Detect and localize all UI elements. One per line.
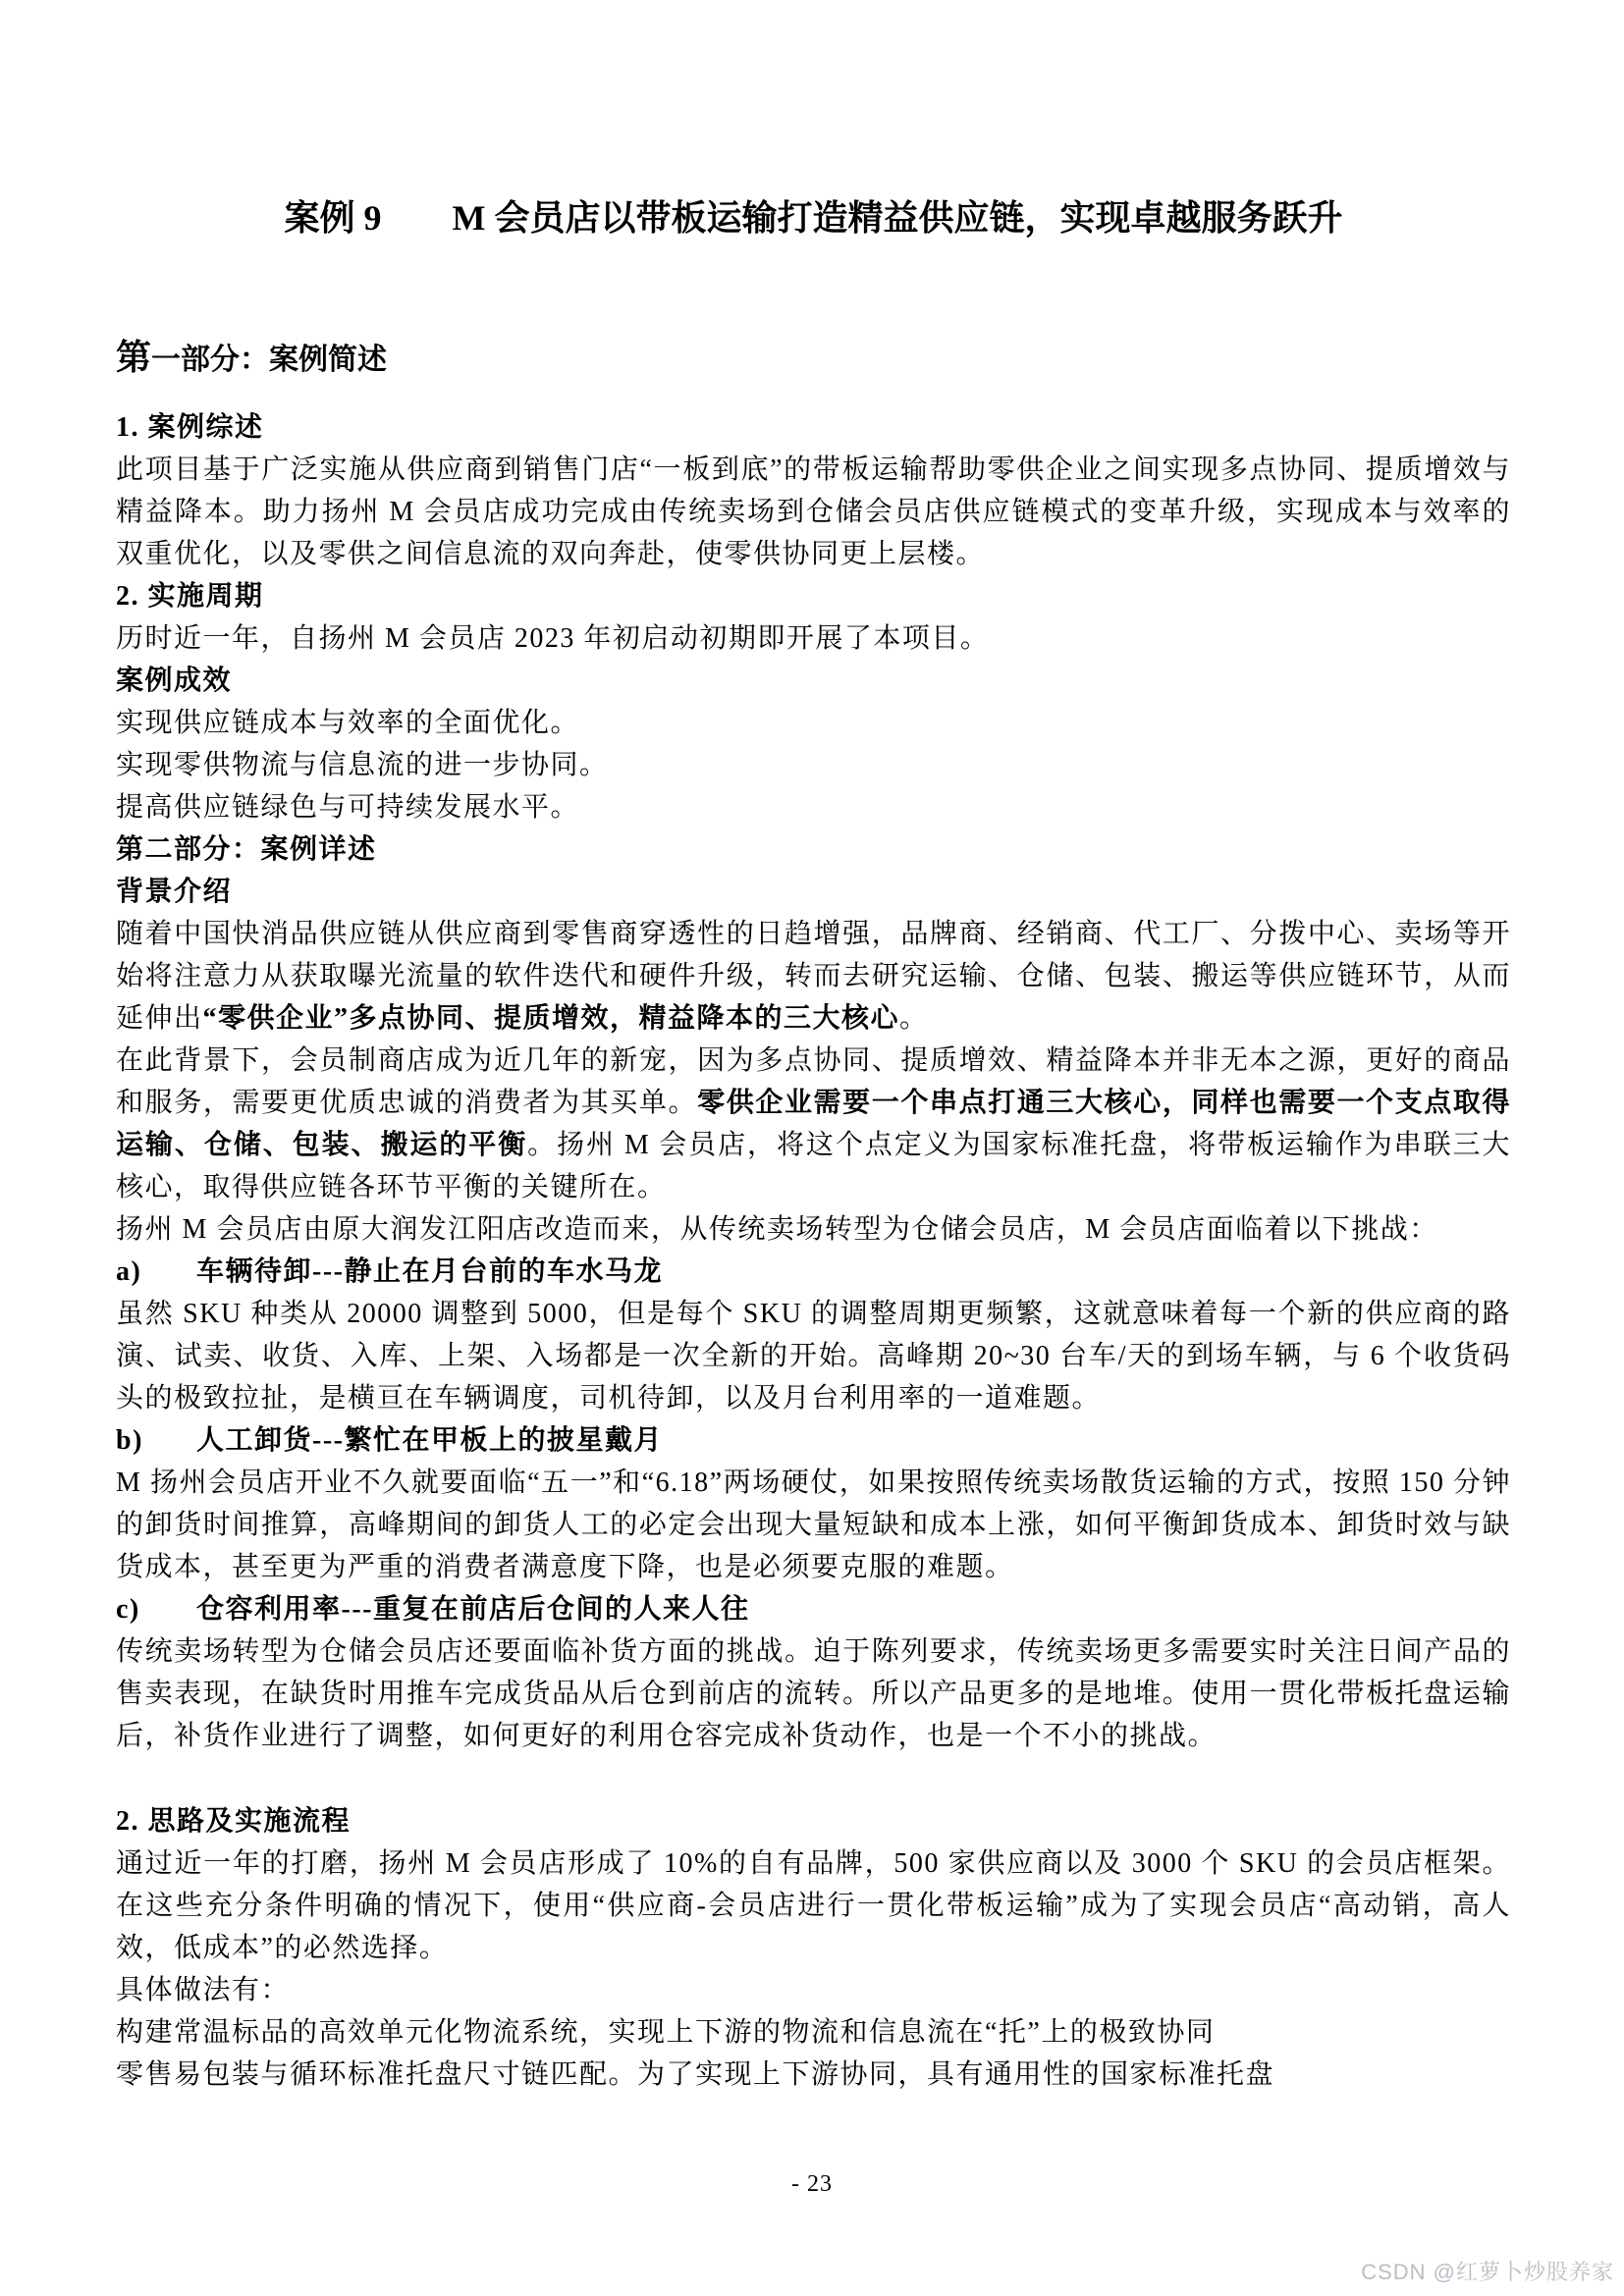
challenge-c-title: 仓容利用率---重复在前店后仓间的人来人往 [196,1594,749,1625]
challenge-c-paragraph: 传统卖场转型为仓储会员店还要面临补货方面的挑战。迫于陈列要求，传统卖场更多需要实… [116,1630,1511,1757]
section-heading-background: 背景介绍 [116,871,1511,913]
challenge-b-paragraph: M 扬州会员店开业不久就要面临“五一”和“6.18”两场硬仗，如果按照传统卖场散… [116,1462,1511,1588]
approach-paragraph-4: 零售易包装与循环标准托盘尺寸链匹配。为了实现上下游协同，具有通用性的国家标准托盘 [116,2054,1511,2096]
case-overview-paragraph: 此项目基于广泛实施从供应商到销售门店“一板到底”的带板运输帮助零供企业之间实现多… [116,449,1511,575]
challenge-a-label: a) [116,1251,196,1293]
page-number: - 23 [0,2171,1624,2198]
section-heading-approach: 2. 思路及实施流程 [116,1800,1511,1842]
challenge-c-heading: c)仓容利用率---重复在前店后仓间的人来人往 [116,1588,1511,1630]
challenge-b-title: 人工卸货---繁忙在甲板上的披星戴月 [196,1425,663,1456]
part1-heading: 第一部分：案例简述 [116,337,1511,381]
section-heading-case-results: 案例成效 [116,660,1511,702]
background-paragraph-3: 扬州 M 会员店由原大润发江阳店改造而来，从传统卖场转型为仓储会员店，M 会员店… [116,1208,1511,1251]
challenge-a-title: 车辆待卸---静止在月台前的车水马龙 [196,1256,663,1287]
case-result-line: 实现零供物流与信息流的进一步协同。 [116,744,1511,786]
challenge-a-paragraph: 虽然 SKU 种类从 20000 调整到 5000，但是每个 SKU 的调整周期… [116,1293,1511,1419]
challenge-c-label: c) [116,1588,196,1630]
background-paragraph-1: 随着中国快消品供应链从供应商到零售商穿透性的日趋增强，品牌商、经销商、代工厂、分… [116,913,1511,1040]
document-title: 案例 9 M 会员店以带板运输打造精益供应链，实现卓越服务跃升 [116,196,1511,240]
watermark: CSDN @红萝卜炒股养家 [1361,2256,1614,2286]
section-heading-implementation-period: 2. 实施周期 [116,575,1511,617]
background-paragraph-1-tail: 。 [899,1003,929,1034]
challenge-b-heading: b)人工卸货---繁忙在甲板上的披星戴月 [116,1419,1511,1462]
section-heading-case-overview: 1. 案例综述 [116,406,1511,449]
case-result-line: 提高供应链绿色与可持续发展水平。 [116,786,1511,828]
implementation-period-paragraph: 历时近一年，自扬州 M 会员店 2023 年初启动初期即开展了本项目。 [116,617,1511,660]
approach-paragraph-2: 具体做法有： [116,1969,1511,2011]
part2-heading: 第二部分：案例详述 [116,828,1511,871]
background-paragraph-1-emphasis: “零供企业”多点协同、提质增效，精益降本的三大核心 [203,1003,900,1034]
approach-paragraph-1: 通过近一年的打磨，扬州 M 会员店形成了 10%的自有品牌，500 家供应商以及… [116,1842,1511,1969]
case-result-line: 实现供应链成本与效率的全面优化。 [116,702,1511,744]
background-paragraph-2: 在此背景下，会员制商店成为近几年的新宠，因为多点协同、提质增效、精益降本并非无本… [116,1040,1511,1208]
approach-paragraph-3: 构建常温标品的高效单元化物流系统，实现上下游的物流和信息流在“托”上的极致协同 [116,2011,1511,2054]
document-page: 案例 9 M 会员店以带板运输打造精益供应链，实现卓越服务跃升 第一部分：案例简… [0,0,1624,2296]
challenge-b-label: b) [116,1419,196,1462]
challenge-a-heading: a)车辆待卸---静止在月台前的车水马龙 [116,1251,1511,1293]
